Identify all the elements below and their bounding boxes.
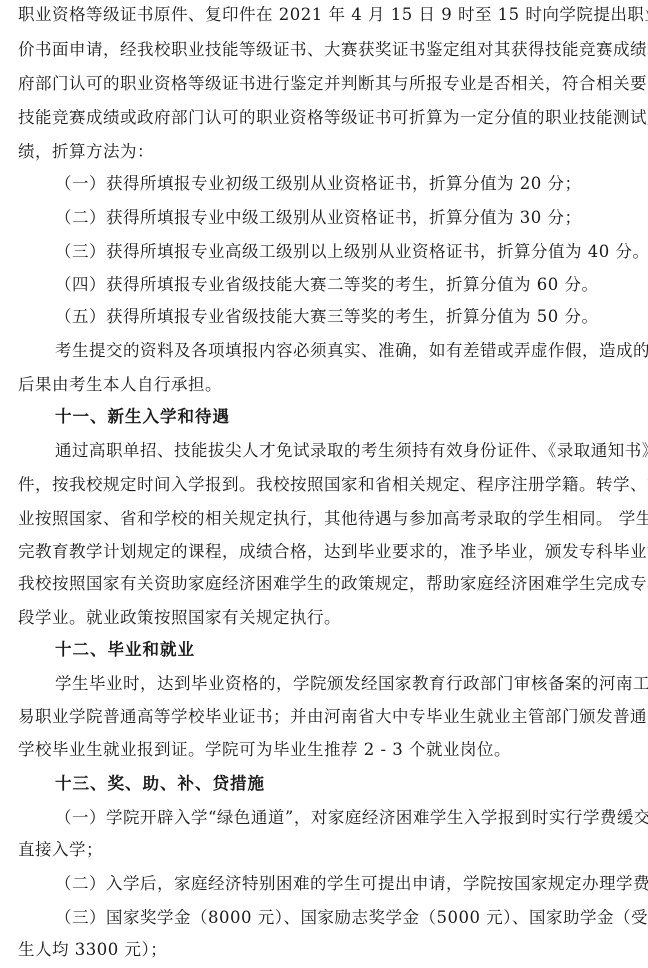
paragraph-line: 技能竞赛成绩或政府部门认可的职业资格等级证书可折算为一定分值的职业技能测试成 (18, 107, 636, 129)
paragraph-line: 后果由考生本人自行承担。 (18, 374, 636, 396)
list-item: （五）获得所填报专业省级技能大赛三等奖的考生，折算分值为 50 分。 (55, 306, 636, 328)
section-heading: 十三、奖、助、补、贷措施 (55, 773, 265, 795)
paragraph-line: 价书面申请，经我校职业技能等级证书、大赛获奖证书鉴定组对其获得技能竞赛成绩或政 (18, 39, 636, 61)
paragraph-line: 易职业学院普通高等学校毕业证书；并由河南省大中专毕业生就业主管部门颁发普通高等 (18, 706, 636, 728)
paragraph-line: 段学业。就业政策按照国家有关规定执行。 (18, 607, 636, 629)
paragraph-line: 考生提交的资料及各项填报内容必须真实、准确，如有差错或弄虚作假，造成的一切 (55, 340, 636, 362)
list-item: （四）获得所填报专业省级技能大赛二等奖的考生，折算分值为 60 分。 (55, 274, 636, 296)
paragraph-line: 学校毕业生就业报到证。学院可为毕业生推荐 2 - 3 个就业岗位。 (18, 739, 636, 761)
paragraph-line: （一）学院开辟入学“绿色通道”，对家庭经济困难学生入学报到时实行学费缓交， (55, 807, 636, 829)
paragraph-line: 学生毕业时，达到毕业资格的，学院颁发经国家教育行政部门审核备案的河南工业贸 (55, 673, 636, 695)
paragraph-line: 生人均 3300 元）； (18, 939, 636, 961)
paragraph-line: （二）入学后，家庭经济特别困难的学生可提出申请，学院按国家规定办理学费减免； (55, 873, 636, 895)
paragraph-line: 业按照国家、省和学校的相关规定执行，其他待遇与参加高考录取的学生相同。 学生修 (18, 508, 636, 530)
paragraph-line: 我校按照国家有关资助家庭经济困难学生的政策规定，帮助家庭经济困难学生完成专科阶 (18, 573, 636, 595)
list-item: （一）获得所填报专业初级工级别从业资格证书，折算分值为 20 分； (55, 173, 636, 195)
paragraph-line: 职业资格等级证书原件、复印件在 2021 年 4 月 15 日 9 时至 15 … (18, 4, 636, 26)
paragraph-line: （三）国家奖学金（8000 元）、国家励志奖学金（5000 元）、国家助学金（受… (55, 907, 636, 929)
paragraph-line: 件，按我校规定时间入学报到。我校按照国家和省相关规定、程序注册学籍。转学、转专 (18, 474, 636, 496)
paragraph-line: 直接入学； (18, 839, 636, 861)
paragraph-line: 绩，折算方法为： (18, 141, 636, 163)
section-heading: 十二、毕业和就业 (55, 639, 195, 661)
paragraph-line: 府部门认可的职业资格等级证书进行鉴定并判断其与所报专业是否相关，符合相关要求的 (18, 73, 636, 95)
list-item: （二）获得所填报专业中级工级别从业资格证书，折算分值为 30 分； (55, 207, 636, 229)
document-page: 职业资格等级证书原件、复印件在 2021 年 4 月 15 日 9 时至 15 … (0, 0, 648, 968)
section-heading: 十一、新生入学和待遇 (55, 406, 230, 428)
paragraph-line: 完教育教学计划规定的课程，成绩合格，达到毕业要求的，准予毕业，颁发专科毕业证书。 (18, 541, 636, 563)
list-item: （三）获得所填报专业高级工级别以上级别从业资格证书，折算分值为 40 分。 (55, 241, 636, 263)
paragraph-line: 通过高职单招、技能拔尖人才免试录取的考生须持有效身份证件、《录取通知书》原 (55, 440, 636, 462)
